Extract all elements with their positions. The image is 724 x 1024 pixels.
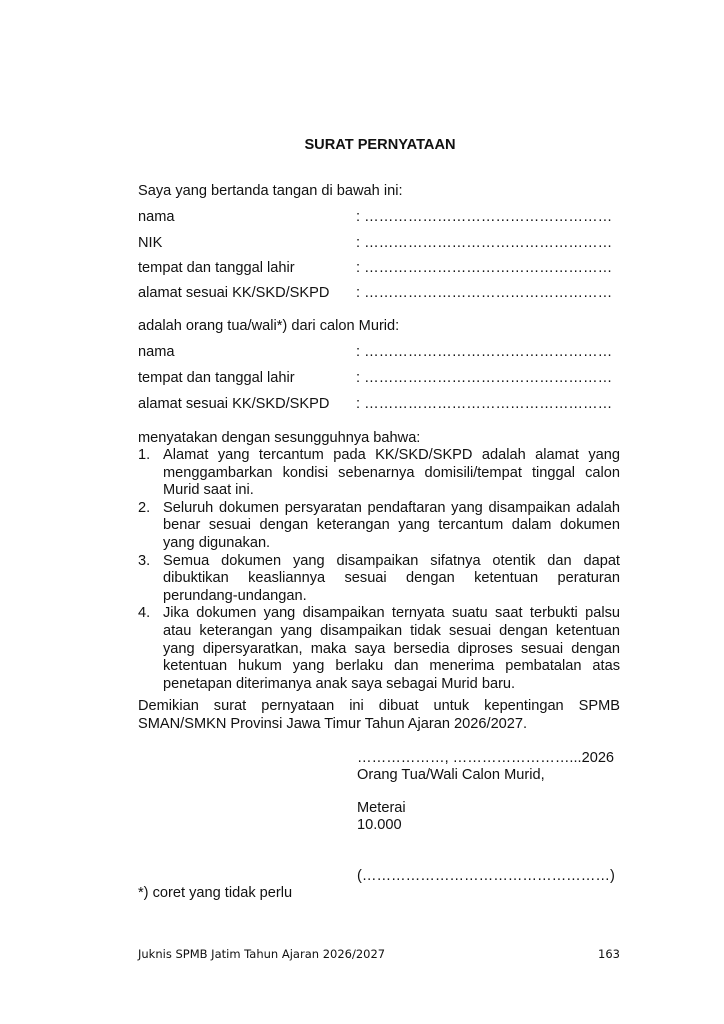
field-label: NIK xyxy=(138,235,162,251)
field-label: tempat dan tanggal lahir xyxy=(138,370,295,386)
item-number: 4. xyxy=(138,605,150,623)
field-label: alamat sesuai KK/SKD/SKPD xyxy=(138,285,329,301)
item-text: Seluruh dokumen persyaratan pendaftaran … xyxy=(163,500,620,553)
item-number: 3. xyxy=(138,553,150,571)
item-text: Semua dokumen yang disampaikan sifatnya … xyxy=(163,553,620,606)
field-label: alamat sesuai KK/SKD/SKPD xyxy=(138,396,329,412)
field-blank: : …………………………………………… xyxy=(356,209,612,225)
field-blank: : …………………………………………… xyxy=(356,370,612,386)
field-label: nama xyxy=(138,209,175,225)
item-number: 2. xyxy=(138,500,150,518)
field-label: tempat dan tanggal lahir xyxy=(138,260,295,276)
field-blank: : …………………………………………… xyxy=(356,344,612,360)
statement-intro-text: menyatakan dengan sesungguhnya bahwa: xyxy=(138,430,420,446)
statement-item: 1. Alamat yang tercantum pada KK/SKD/SKP… xyxy=(138,447,620,500)
stamp-value: 10.000 xyxy=(357,817,402,833)
field-label: nama xyxy=(138,344,175,360)
stamp-label: Meterai xyxy=(357,800,406,816)
student-intro-text: adalah orang tua/wali*) dari calon Murid… xyxy=(138,318,399,334)
statement-item: 4. Jika dokumen yang disampaikan ternyat… xyxy=(138,605,620,693)
item-number: 1. xyxy=(138,447,150,465)
closing-paragraph: Demikian surat pernyataan ini dibuat unt… xyxy=(138,698,620,733)
field-blank: : …………………………………………… xyxy=(356,235,612,251)
field-blank: : …………………………………………… xyxy=(356,396,612,412)
intro-text: Saya yang bertanda tangan di bawah ini: xyxy=(138,183,403,199)
item-text: Alamat yang tercantum pada KK/SKD/SKPD a… xyxy=(163,447,620,500)
field-blank: : …………………………………………… xyxy=(356,260,612,276)
place-date-line: ………………, ……………………...2026 xyxy=(357,750,614,766)
statement-item: 2. Seluruh dokumen persyaratan pendaftar… xyxy=(138,500,620,553)
page-footer: Juknis SPMB Jatim Tahun Ajaran 2026/2027… xyxy=(138,947,620,961)
signer-role: Orang Tua/Wali Calon Murid, xyxy=(357,767,545,783)
statement-list: 1. Alamat yang tercantum pada KK/SKD/SKP… xyxy=(138,447,620,693)
page-number: 163 xyxy=(598,947,620,961)
document-page: SURAT PERNYATAAN Saya yang bertanda tang… xyxy=(0,0,724,1024)
signature-name-line: (……………………………………………) xyxy=(357,868,615,884)
field-blank: : …………………………………………… xyxy=(356,285,612,301)
document-title: SURAT PERNYATAAN xyxy=(0,137,724,153)
statement-item: 3. Semua dokumen yang disampaikan sifatn… xyxy=(138,553,620,606)
item-text: Jika dokumen yang disampaikan ternyata s… xyxy=(163,605,620,693)
footer-title: Juknis SPMB Jatim Tahun Ajaran 2026/2027 xyxy=(138,947,385,961)
footnote: *) coret yang tidak perlu xyxy=(138,885,292,901)
